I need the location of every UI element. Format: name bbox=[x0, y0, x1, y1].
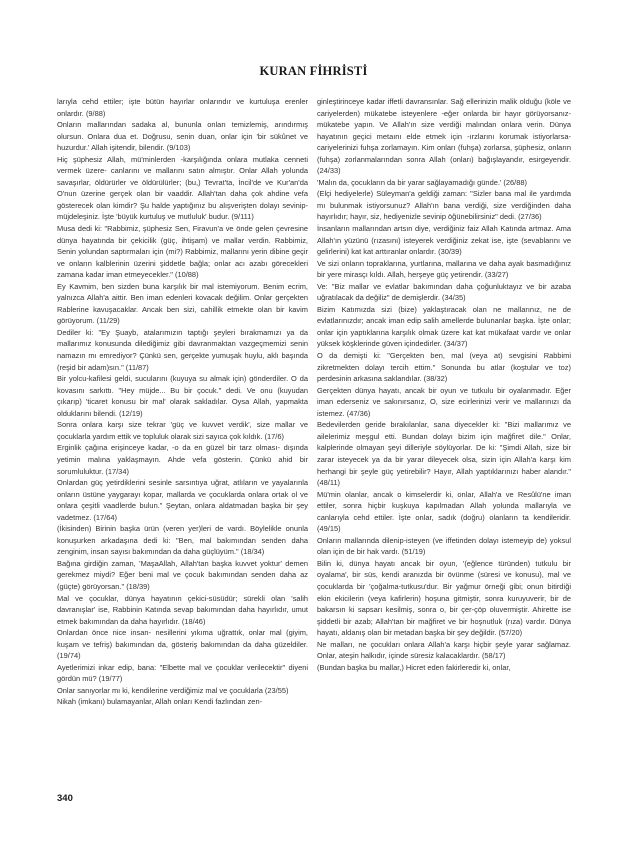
verse-entry: Onlardan önce nice insan- nesillerini yı… bbox=[57, 627, 308, 662]
verse-entry: Ayetlerimizi inkar edip, bana: "Elbette … bbox=[57, 662, 308, 685]
verse-entry: Bedevilerden geride bırakılanlar, sana d… bbox=[317, 419, 571, 488]
verse-entry: (İkisinden) Birinin başka ürün (veren ye… bbox=[57, 523, 308, 558]
verse-entry: larıyla cehd ettiler; işte bütün hayırla… bbox=[57, 96, 308, 119]
verse-entry: Onlar sanıyorlar mı ki, kendilerine verd… bbox=[57, 685, 308, 697]
verse-entry: Gerçekten dünya hayatı, ancak bir oyun v… bbox=[317, 385, 571, 420]
verse-entry: Nikah (imkanı) bulamayanlar, Allah onlar… bbox=[57, 696, 308, 708]
verse-entry: Onların mallarından sadaka al, bununla o… bbox=[57, 119, 308, 154]
verse-entry: İnsanların mallarından artsın diye, verd… bbox=[317, 223, 571, 258]
verse-entry: Ne malları, ne çocukları onlara Allah'a … bbox=[317, 639, 571, 662]
verse-entry: (Bundan başka bu mallar,) Hicret eden fa… bbox=[317, 662, 571, 674]
verse-entry: Erginlik çağına erişinceye kadar, -o da … bbox=[57, 442, 308, 477]
verse-entry: ginleştirinceye kadar iffetli davransınl… bbox=[317, 96, 571, 177]
verse-entry: Ve: "Biz mallar ve evlatlar bakımından d… bbox=[317, 281, 571, 304]
verse-entry: Bir yolcu-kafilesi geldi, sucularını (ku… bbox=[57, 373, 308, 419]
verse-entry: (Elçi hediyelerle) Süleyman'a geldiği za… bbox=[317, 188, 571, 223]
verse-entry: Mal ve çocuklar, dünya hayatının çekici-… bbox=[57, 593, 308, 628]
verse-entry: Ve sizi onların topraklarına, yurtlarına… bbox=[317, 258, 571, 281]
verse-entry: Bağına girdiğin zaman, 'MaşaAllah, Allah… bbox=[57, 558, 308, 593]
verse-entry: 'Malın da, çocukların da bir yarar sağla… bbox=[317, 177, 571, 189]
verse-entry: Hiç şüphesiz Allah, mü'minlerden -karşıl… bbox=[57, 154, 308, 223]
verse-entry: Musa dedi ki: "Rabbimiz, şüphesiz Sen, F… bbox=[57, 223, 308, 281]
verse-entry: O da demişti ki: "Gerçekten ben, mal (ve… bbox=[317, 350, 571, 385]
verse-entry: Bizim Katımızda sizi (bize) yaklaştıraca… bbox=[317, 304, 571, 350]
verse-entry: Ey Kavmim, ben sizden buna karşılık bir … bbox=[57, 281, 308, 327]
page-number: 340 bbox=[57, 793, 73, 804]
left-column: larıyla cehd ettiler; işte bütün hayırla… bbox=[57, 96, 308, 708]
right-column: ginleştirinceye kadar iffetli davransınl… bbox=[317, 96, 571, 673]
verse-entry: Mü'min olanlar, ancak o kimselerdir ki, … bbox=[317, 489, 571, 535]
verse-entry: Bilin ki, dünya hayatı ancak bir oyun, '… bbox=[317, 558, 571, 639]
verse-entry: Onların mallarında dilenip-isteyen (ve i… bbox=[317, 535, 571, 558]
verse-entry: Dediler ki: "Ey Şuayb, atalarımızın tapt… bbox=[57, 327, 308, 373]
verse-entry: Sonra onlara karşı size tekrar 'güç ve k… bbox=[57, 419, 308, 442]
verse-entry: Onlardan güç yetirdiklerini sesinle sars… bbox=[57, 477, 308, 523]
page-title: KURAN FİHRİSTİ bbox=[0, 64, 627, 79]
